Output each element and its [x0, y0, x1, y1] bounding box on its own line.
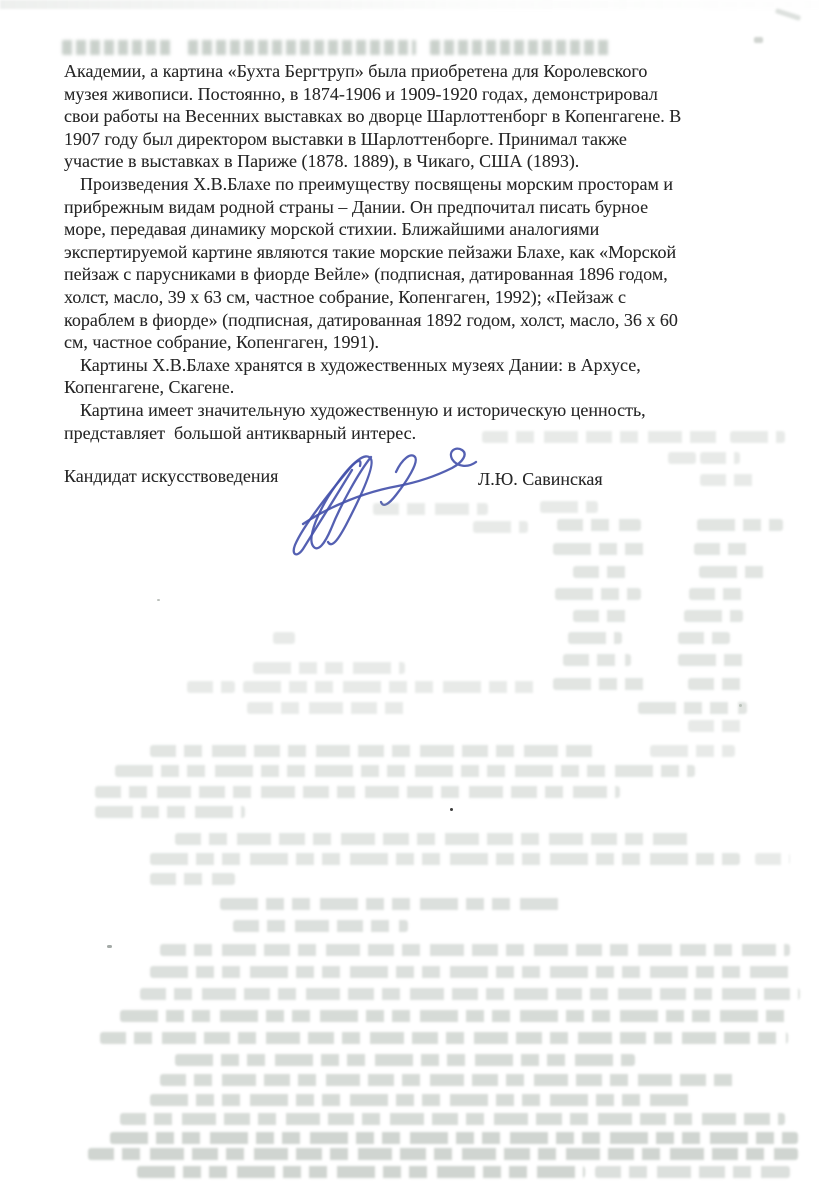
bleedthrough-line: [700, 474, 757, 486]
bleedthrough-line: [755, 853, 790, 865]
bleedthrough-line: [233, 920, 408, 932]
bleedthrough-line: [243, 681, 543, 693]
text-line: Картины Х.В.Блахе хранятся в художествен…: [64, 354, 770, 377]
bleedthrough-line: [638, 702, 747, 714]
bleedthrough-line: [684, 610, 743, 622]
scan-speck: [107, 945, 112, 948]
signer-name: Л.Ю. Савинская: [478, 469, 603, 490]
bleedthrough-line: [678, 654, 747, 666]
bleedthrough-line: [557, 519, 641, 531]
scan-edge: [0, 0, 820, 9]
bleedthrough-line: [160, 1074, 735, 1086]
bleedthrough-line: [563, 654, 631, 666]
text-line: музея живописи. Постоянно, в 1874-1906 и…: [64, 83, 770, 106]
text-line: Копенгагене, Скагене.: [64, 376, 770, 399]
bleedthrough-line: [247, 702, 405, 714]
text-line: море, передавая динамику морской стихии.…: [64, 218, 770, 241]
bleedthrough-line: [187, 681, 235, 693]
bleedthrough-line: [595, 1166, 790, 1178]
bleedthrough-line: [573, 566, 627, 578]
bleedthrough-line: [688, 678, 747, 690]
scan-speck: [754, 37, 763, 43]
bleedthrough-line: [95, 786, 620, 798]
bleedthrough-line: [568, 632, 622, 644]
bleedthrough-line: [273, 632, 295, 644]
bleedthrough-line: [253, 662, 405, 674]
bleedthrough-line: [140, 988, 800, 1000]
bleedthrough-line: [678, 632, 730, 644]
bleedthrough-line: [730, 431, 785, 443]
text-line: кораблем в фиорде» (подписная, датирован…: [64, 309, 770, 332]
text-line: экспертируемой картине являются такие мо…: [64, 241, 770, 264]
bleedthrough-line: [650, 745, 735, 757]
text-line: Академии, а картина «Бухта Бергтруп» был…: [64, 60, 770, 83]
bleedthrough-line: [137, 1166, 585, 1178]
document-body: Академии, а картина «Бухта Бергтруп» был…: [64, 60, 770, 444]
bleedthrough-line: [694, 543, 756, 555]
bleedthrough-line: [150, 873, 235, 885]
scan-speck: [157, 599, 160, 601]
bleedthrough-line: [88, 1148, 798, 1160]
bleedthrough-line: [689, 588, 749, 600]
bleedthrough-line: [115, 765, 695, 777]
text-line: участие в выставках в Париже (1878. 1889…: [64, 150, 770, 173]
scanned-document-page: Академии, а картина «Бухта Бергтруп» был…: [0, 0, 820, 1198]
bleedthrough-line: [150, 966, 795, 978]
bleedthrough-line: [220, 898, 560, 910]
bleedthrough-word: [430, 40, 612, 55]
bleedthrough-line: [668, 452, 696, 464]
bleedthrough-line: [150, 853, 740, 865]
bleedthrough-line: [473, 521, 528, 533]
bleedthrough-line: [100, 1032, 788, 1044]
text-line: прибрежным видам родной страны – Дании. …: [64, 196, 770, 219]
text-line: Картина имеет значительную художественну…: [64, 399, 770, 422]
bleedthrough-line: [700, 452, 740, 464]
bleedthrough-word: [188, 40, 416, 55]
scan-speck: [739, 704, 742, 707]
text-line: 1907 году был директором выставки в Шарл…: [64, 128, 770, 151]
text-line: холст, масло, 39 х 63 см, частное собран…: [64, 286, 770, 309]
bleedthrough-line: [699, 566, 765, 578]
text-line: Произведения Х.В.Блахе по преимуществу п…: [64, 173, 770, 196]
bleedthrough-line: [555, 588, 641, 600]
bleedthrough-line: [553, 678, 651, 690]
bleedthrough-line: [95, 806, 245, 818]
bleedthrough-line: [110, 1132, 798, 1144]
text-line: см, частное собрание, Копенгаген, 1991).: [64, 331, 770, 354]
bleedthrough-line: [373, 503, 488, 515]
bleedthrough-word: [62, 40, 174, 55]
scan-speck: [450, 808, 453, 811]
bleedthrough-line: [150, 745, 600, 757]
bleedthrough-line: [120, 1113, 785, 1125]
bleedthrough-line: [150, 1094, 695, 1106]
bleedthrough-line: [160, 944, 790, 956]
bleedthrough-line: [482, 431, 722, 443]
bleedthrough-line: [175, 833, 695, 845]
bleedthrough-line: [540, 501, 598, 513]
bleedthrough-line: [175, 1054, 635, 1066]
bleedthrough-line: [120, 1010, 792, 1022]
bleedthrough-line: [573, 610, 631, 622]
text-line: свои работы на Весенних выставках во дво…: [64, 105, 770, 128]
scan-speck: [775, 8, 801, 21]
bleedthrough-line: [688, 720, 748, 732]
bleedthrough-line: [553, 543, 648, 555]
signer-title: Кандидат искусствоведения: [64, 466, 278, 487]
text-line: пейзаж с парусниками в фиорде Вейле» (по…: [64, 263, 770, 286]
bleedthrough-line: [697, 519, 783, 531]
